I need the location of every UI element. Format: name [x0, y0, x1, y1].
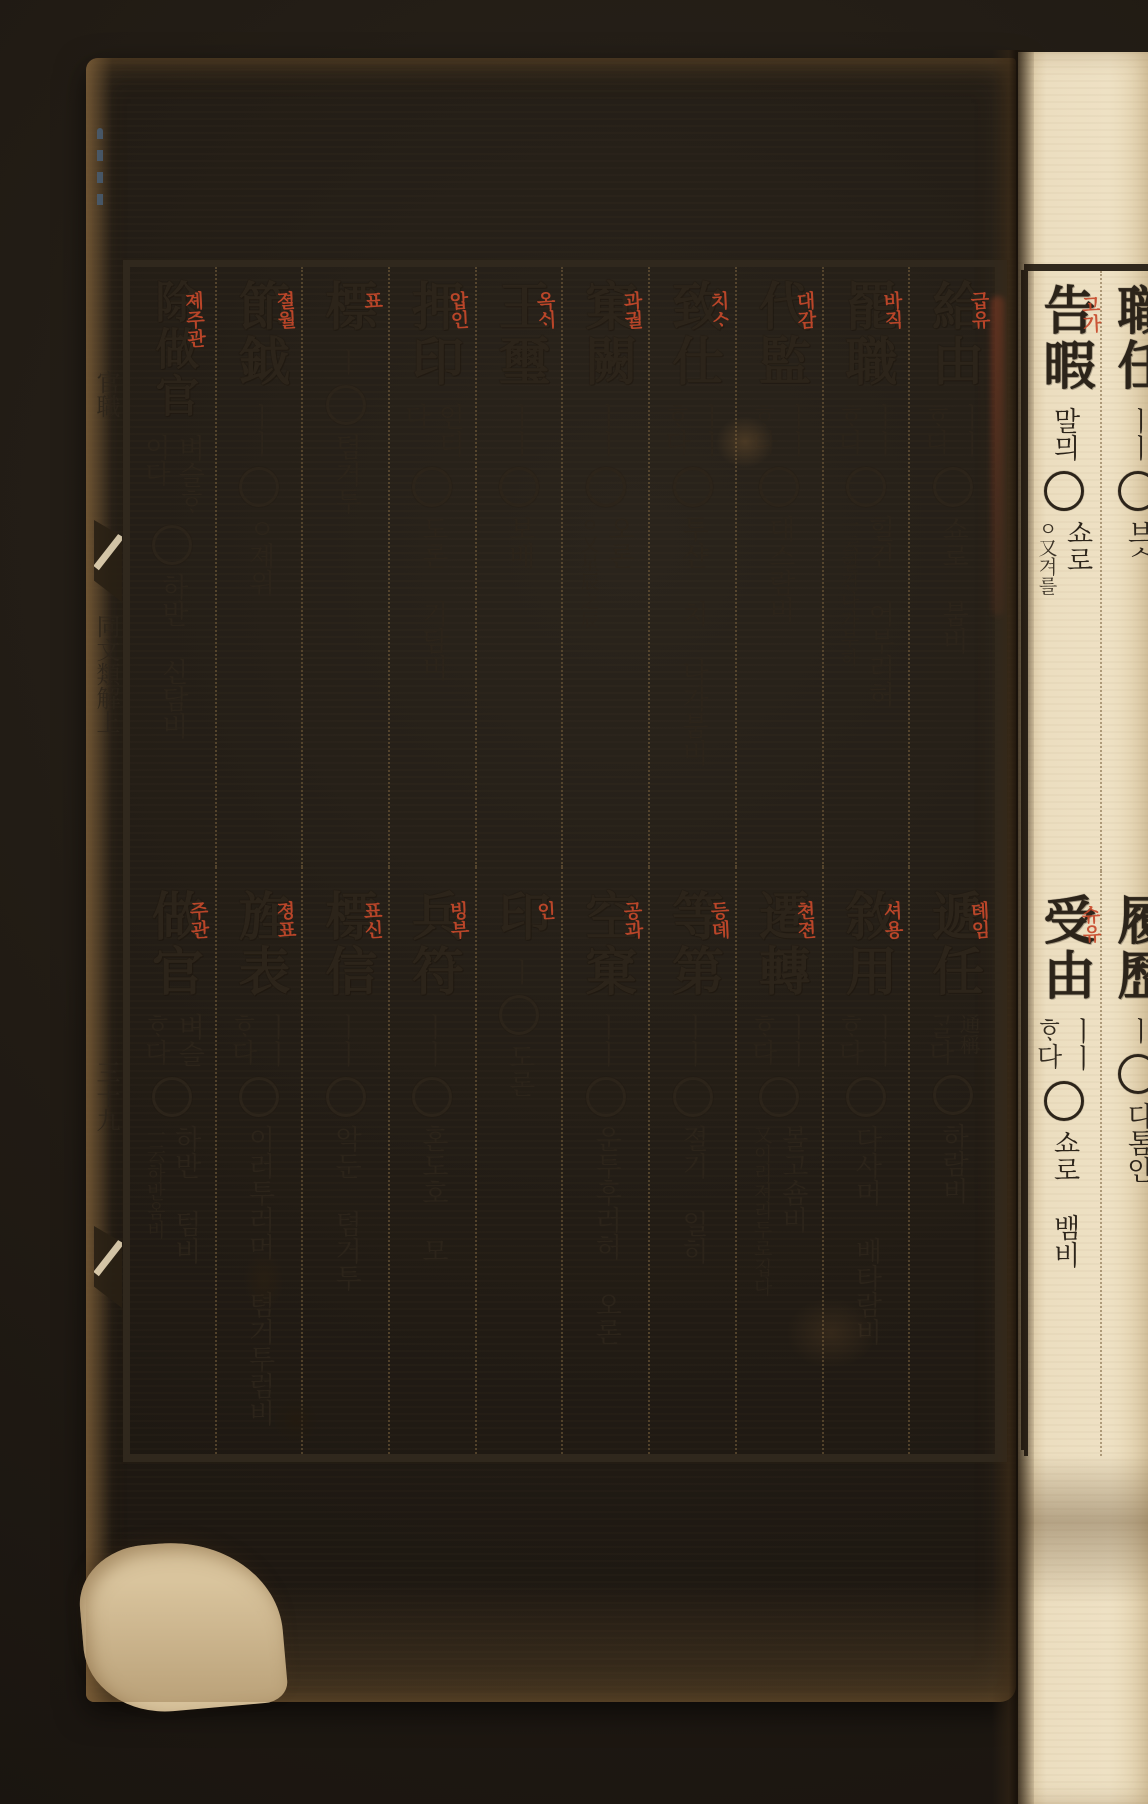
headword: 押印압인: [402, 279, 462, 393]
korean-gloss-side: ᄒᆞ다: [747, 403, 777, 457]
dictionary-entry: 履歷ㅣ다톰얀: [1100, 871, 1148, 1456]
korean-gloss: ㅣㅣ: [504, 403, 535, 457]
manchu-transcription: ㅇ졔위: [244, 515, 275, 596]
korean-gloss-block: ㅣㅣ: [590, 1013, 621, 1067]
korean-gloss: 벼슬ᄒᆞ: [173, 434, 204, 515]
red-reading-annotation: 급유: [967, 290, 990, 329]
headword: 履歷: [1108, 893, 1148, 1007]
korean-gloss-block: ㅣ: [504, 958, 535, 985]
korean-gloss-side: ᄒᆞ다: [747, 1013, 777, 1067]
separator-circle-icon: [1044, 1081, 1084, 1121]
manchu-gloss-block: 볼고숌비又이리져리두로집다: [751, 1125, 808, 1296]
manchu-gloss-block: 투샨 치 나가붐비: [677, 515, 708, 766]
headword: 王璽옥ᄉᆡ: [489, 279, 549, 393]
separator-circle-icon: [759, 1077, 799, 1117]
dictionary-entry: 職任직임ㅣㅣ브ᄉ: [1100, 271, 1148, 871]
manchu-gloss-block: 졀기 일히: [677, 1125, 708, 1264]
separator-circle-icon: [412, 467, 452, 507]
headword-hanzi: 職任: [1108, 283, 1148, 393]
manchu-gloss-block: 쇼로 붐비: [937, 515, 968, 654]
dictionary-entry: 押印압인인티다도론 기담비: [388, 267, 475, 867]
manchu-transcription: 악둔 텸거투: [330, 1125, 361, 1291]
korean-gloss: ㅣㅣ: [780, 1013, 811, 1067]
separator-circle-icon: [1044, 471, 1084, 511]
separator-circle-icon: [1118, 1054, 1148, 1094]
korean-gloss-side: ᄒᆞ다: [661, 403, 691, 457]
headword: 遞任톄임: [923, 889, 983, 1003]
manchu-gloss-block: 쇼로ㅇ又겨를: [1036, 519, 1093, 595]
dictionary-entry: 敘用셔용ㅣㅣᄒᆞ다다사머 배타람비: [822, 867, 909, 1454]
red-reading-annotation: 셔용: [880, 900, 903, 939]
gloss-note: ㅇ又겨를: [1036, 519, 1058, 595]
dictionary-entry: 告暇고가말믜쇼로ㅇ又겨를: [1028, 271, 1100, 871]
korean-gloss-block: 인티다: [400, 403, 464, 457]
dictionary-entry: 標信표신ㅣㅣ악둔 텸거투: [301, 867, 388, 1454]
manchu-transcription: 졀기 일히: [677, 1125, 708, 1264]
red-reading-annotation: 톄임: [967, 900, 990, 939]
korean-gloss-block: ㅣㅣᄒᆞ다: [1032, 1017, 1096, 1071]
korean-gloss: ㅣㅣ: [677, 1013, 708, 1067]
separator-circle-icon: [933, 1075, 973, 1115]
red-reading-annotation: 공과: [620, 900, 643, 939]
korean-gloss-block: ㅣ: [330, 348, 361, 375]
section-label: 官職: [92, 370, 119, 418]
dictionary-entry: 節鉞졀월ㅣㅣㅇ졔위: [215, 267, 302, 867]
red-reading-annotation: 등뎨: [707, 900, 730, 939]
manchu-transcription: 헐건 어부러허: [863, 515, 894, 708]
korean-gloss: 通稱: [957, 1013, 981, 1065]
separator-circle-icon: [326, 385, 366, 425]
korean-gloss-block: ㅣㅣ: [590, 403, 621, 457]
separator-circle-icon: [239, 1077, 279, 1117]
page-fold-shadow: [992, 50, 1034, 1804]
headword: 標信표신: [316, 889, 376, 1003]
red-reading-annotation: 슈유: [1078, 904, 1101, 943]
headword: 節鉞졀월: [229, 279, 289, 393]
manchu-transcription: 쇼로: [1062, 519, 1093, 595]
headword: 除做官졔주관: [146, 279, 198, 424]
red-reading-annotation: 주관: [186, 900, 209, 939]
manchu-transcription: 도론: [504, 1043, 535, 1097]
manchu-transcription: 하람비: [937, 1123, 968, 1204]
separator-circle-icon: [846, 467, 886, 507]
separator-circle-icon: [586, 467, 626, 507]
korean-gloss-block: ㅣㅣᄒᆞ다: [921, 403, 985, 457]
manchu-gloss-block: 혼도호 모: [417, 1125, 448, 1264]
dictionary-entry: 遷轉쳔젼ㅣㅣᄒᆞ다볼고숌비又이리져리두로집다: [735, 867, 822, 1454]
headword: 代監대감: [749, 279, 809, 393]
upper-register: 給由급유ㅣㅣᄒᆞ다쇼로 붐비罷職바직ㅣㅣᄒᆞ다헐건 어부러허一云헐건나가부하代監…: [130, 267, 995, 867]
headword: 遷轉쳔젼: [749, 889, 809, 1003]
korean-gloss: ㅣㅣ: [1123, 407, 1148, 461]
korean-gloss-block: ㅣㅣ: [330, 1013, 361, 1067]
korean-gloss-block: 벼슬ᄒᆞ이다: [140, 434, 204, 515]
separator-circle-icon: [759, 467, 799, 507]
printed-frame: 職任직임ㅣㅣ브ᄉ告暇고가말믜쇼로ㅇ又겨를 履歷ㅣ다톰얀受由슈유ㅣㅣᄒᆞ다쇼로 뱀…: [1024, 264, 1148, 1456]
dictionary-entry: 遞任톄임通稱ᄀᆞᆯ다하람비: [908, 867, 995, 1454]
red-reading-annotation: 과궐: [620, 290, 643, 329]
manchu-gloss-block: 이러투러머 텸거투럼비: [244, 1125, 275, 1426]
red-reading-annotation: 표: [360, 290, 382, 310]
separator-circle-icon: [239, 467, 279, 507]
separator-circle-icon: [586, 1077, 626, 1117]
dictionary-entry: 空窠공과ㅣㅣ운투후러허 오론: [561, 867, 648, 1454]
korean-gloss-side: ᄒᆞ다: [834, 403, 864, 457]
korean-gloss-block: ㅣㅣᄒᆞ다: [747, 403, 811, 457]
korean-gloss: 벼슬: [173, 1013, 204, 1067]
separator-circle-icon: [326, 1077, 366, 1117]
manchu-gloss-block: 하람비: [937, 1123, 968, 1204]
headword: 告暇고가: [1034, 283, 1094, 397]
korean-gloss: ㅣㅣ: [244, 403, 275, 457]
manchu-gloss-block: 오론ㅇ又星辰之辰: [577, 515, 634, 629]
manchu-gloss-block: 보배: [504, 515, 535, 569]
manchu-gloss-block: 하반 신담비: [157, 573, 188, 739]
red-reading-annotation: 쳔젼: [793, 900, 816, 939]
manchu-gloss-block: 대스람비: [764, 515, 795, 623]
page-number: 三十九: [92, 1060, 119, 1132]
separator-circle-icon: [412, 1077, 452, 1117]
separator-circle-icon: [152, 1077, 192, 1117]
korean-gloss-side: ᄀᆞᆯ다: [924, 1013, 954, 1065]
korean-gloss-block: ㅣㅣ: [677, 1013, 708, 1067]
headword: 罷職바직: [836, 279, 896, 393]
manchu-gloss-block: 하반 텀비一云하반옴비: [144, 1125, 201, 1264]
korean-gloss: ㅣㅣ: [954, 403, 985, 457]
separator-circle-icon: [846, 1077, 886, 1117]
red-reading-annotation: 압인: [446, 290, 469, 329]
dictionary-entry: 窠闕과궐ㅣㅣ오론ㅇ又星辰之辰: [561, 267, 648, 867]
manchu-gloss-block: 도론: [504, 1043, 535, 1097]
fishtail-ornament-icon: [94, 1226, 122, 1308]
korean-gloss: ㅣㅣ: [694, 403, 725, 457]
photograph-of-open-book: 官職 同文類解上 三十九 給由급유ㅣㅣᄒᆞ다쇼로 붐비罷職바직ㅣㅣᄒᆞ다헐건 어…: [0, 0, 1148, 1804]
dictionary-entry: 標표ㅣ텸거투: [301, 267, 388, 867]
korean-gloss: 말믜: [1049, 407, 1080, 461]
korean-gloss-side: ᄒᆞ다: [1032, 1017, 1062, 1071]
manchu-transcription: 도론 기담비: [417, 515, 448, 681]
red-reading-annotation: 옥ᄉᆡ: [533, 290, 556, 329]
separator-circle-icon: [499, 995, 539, 1035]
dictionary-entry: 除做官졔주관벼슬ᄒᆞ이다하반 신담비: [130, 267, 215, 867]
korean-gloss-side: ᄒᆞ다: [140, 1013, 170, 1067]
red-reading-annotation: 바직: [880, 290, 903, 329]
korean-gloss-side: ᄒᆞ다: [227, 1013, 257, 1067]
korean-gloss: ㅣㅣ: [590, 403, 621, 457]
red-reading-annotation: 졀월: [273, 290, 296, 329]
dictionary-entry: 代監대감ㅣㅣᄒᆞ다대스람비: [735, 267, 822, 867]
manchu-transcription: 다사머 배타람비: [850, 1125, 881, 1345]
gloss-note: 一云헐건나가부하: [837, 515, 859, 708]
manchu-transcription: 하반 신담비: [157, 573, 188, 739]
book-page: 官職 同文類解上 三十九 給由급유ㅣㅣᄒᆞ다쇼로 붐비罷職바직ㅣㅣᄒᆞ다헐건 어…: [86, 58, 1016, 1702]
lower-register: 履歷ㅣ다톰얀受由슈유ㅣㅣᄒᆞ다쇼로 뱀비: [1028, 871, 1148, 1456]
korean-gloss: ㅣㅣ: [330, 1013, 361, 1067]
headword: 受由슈유: [1034, 893, 1094, 1007]
spine-margin: 官職 同文類解上 三十九: [88, 58, 122, 1702]
red-reading-annotation: 고가: [1078, 294, 1101, 333]
fishtail-ornament-icon: [94, 520, 122, 602]
red-reading-annotation: 대감: [793, 290, 816, 329]
lower-register: 遞任톄임通稱ᄀᆞᆯ다하람비敘用셔용ㅣㅣᄒᆞ다다사머 배타람비遷轉쳔젼ㅣㅣᄒᆞ다볼…: [130, 867, 995, 1454]
korean-gloss: ㅣㅣ: [590, 1013, 621, 1067]
gloss-note: ㅇ又星辰之辰: [577, 515, 599, 629]
korean-gloss-block: ㅣㅣᄒᆞ다: [747, 1013, 811, 1067]
gloss-note: 又이리져리두로집다: [751, 1125, 773, 1296]
korean-gloss-block: ㅣㅣ: [504, 403, 535, 457]
headword: 窠闕과궐: [576, 279, 636, 393]
korean-gloss-block: ㅣㅣᄒᆞ다: [834, 403, 898, 457]
manchu-transcription: 쇼로 붐비: [937, 515, 968, 654]
dictionary-entry: 印인ㅣ도론: [475, 867, 562, 1454]
dictionary-entry: 罷職바직ㅣㅣᄒᆞ다헐건 어부러허一云헐건나가부하: [822, 267, 909, 867]
separator-circle-icon: [499, 467, 539, 507]
korean-gloss-block: 通稱ᄀᆞᆯ다: [924, 1013, 981, 1065]
headword: 敘用셔용: [836, 889, 896, 1003]
korean-gloss: ㅣㅣ: [1065, 1017, 1096, 1071]
korean-gloss-block: ㅣㅣᄒᆞ다: [661, 403, 725, 457]
edge-mark: [97, 128, 103, 216]
manchu-transcription: 보배: [504, 515, 535, 569]
dictionary-entry: 等第등뎨ㅣㅣ졀기 일히: [648, 867, 735, 1454]
manchu-gloss-block: 운투후러허 오론: [590, 1125, 621, 1345]
headword: 空窠공과: [576, 889, 636, 1003]
korean-gloss-block: ㅣㅣ: [1123, 407, 1148, 461]
separator-circle-icon: [1118, 471, 1148, 511]
korean-gloss-side: 다: [400, 403, 430, 457]
dictionary-entry: 旌表졍표ㅣㅣᄒᆞ다이러투러머 텸거투럼비: [215, 867, 302, 1454]
korean-gloss-side: ᄒᆞ다: [834, 1013, 864, 1067]
upper-register: 職任직임ㅣㅣ브ᄉ告暇고가말믜쇼로ㅇ又겨를: [1028, 271, 1148, 871]
headword: 致仕치ᄉᆞ: [663, 279, 723, 393]
headword: 等第등뎨: [663, 889, 723, 1003]
gloss-note: 一云하반옴비: [144, 1125, 166, 1264]
manchu-transcription: 대스람비: [764, 515, 795, 623]
manchu-transcription: 브ᄉ: [1123, 519, 1148, 573]
manchu-gloss-block: 다톰얀: [1123, 1102, 1148, 1183]
red-reading-annotation: 치ᄉᆞ: [707, 290, 730, 329]
manchu-gloss-block: 도론 기담비: [417, 515, 448, 681]
korean-gloss: ㅣㅣ: [260, 1013, 291, 1067]
korean-gloss-block: ㅣㅣ: [417, 1013, 448, 1067]
manchu-gloss-block: ㅇ졔위: [244, 515, 275, 596]
separator-circle-icon: [673, 467, 713, 507]
manchu-gloss-block: 쇼로 뱀비: [1049, 1129, 1080, 1268]
manchu-gloss-block: 다사머 배타람비: [850, 1125, 881, 1345]
manchu-gloss-block: 브ᄉ: [1123, 519, 1148, 573]
korean-gloss-block: ㅣ: [1123, 1017, 1148, 1044]
separator-circle-icon: [933, 467, 973, 507]
manchu-transcription: 혼도호 모: [417, 1125, 448, 1264]
korean-gloss-side: ᄒᆞ다: [921, 403, 951, 457]
manchu-transcription: 볼고숌비: [777, 1125, 808, 1296]
headword-hanzi: 履歷: [1108, 893, 1148, 1003]
korean-gloss-side: 이다: [140, 434, 170, 515]
dictionary-entry: 兵符빙부ㅣㅣ혼도호 모: [388, 867, 475, 1454]
red-reading-annotation: 졔주관: [182, 290, 206, 348]
red-reading-annotation: 졍표: [273, 900, 296, 939]
worn-corner: [75, 1534, 289, 1719]
korean-gloss: ㅣㅣ: [417, 1013, 448, 1067]
manchu-transcription: 텸거투: [330, 433, 361, 514]
headword: 旌表졍표: [229, 889, 289, 1003]
headword: 職任직임: [1108, 283, 1148, 397]
korean-gloss: ㅣ: [1123, 1017, 1148, 1044]
headword: 標표: [316, 279, 376, 338]
manchu-transcription: 운투후러허 오론: [590, 1125, 621, 1345]
korean-gloss-block: ㅣㅣ: [244, 403, 275, 457]
korean-gloss-block: ㅣㅣᄒᆞ다: [227, 1013, 291, 1067]
manchu-transcription: 투샨 치 나가붐비: [677, 515, 708, 766]
next-page-edge: 職任직임ㅣㅣ브ᄉ告暇고가말믜쇼로ㅇ又겨를 履歷ㅣ다톰얀受由슈유ㅣㅣᄒᆞ다쇼로 뱀…: [1018, 52, 1148, 1804]
red-reading-annotation: 인: [534, 900, 556, 920]
separator-circle-icon: [152, 525, 192, 565]
headword: 做官주관: [142, 889, 202, 1003]
dictionary-entry: 致仕치ᄉᆞㅣㅣᄒᆞ다투샨 치 나가붐비: [648, 267, 735, 867]
korean-gloss: ㅣ: [504, 958, 535, 985]
headword: 印인: [489, 889, 549, 948]
korean-gloss: ㅣㅣ: [780, 403, 811, 457]
book-title: 同文類解上: [92, 614, 119, 734]
korean-gloss: ㅣ: [330, 348, 361, 375]
korean-gloss-block: 말믜: [1049, 407, 1080, 461]
korean-gloss: ㅣㅣ: [867, 403, 898, 457]
korean-gloss: ㅣㅣ: [867, 1013, 898, 1067]
manchu-transcription: 이러투러머 텸거투럼비: [244, 1125, 275, 1426]
headword: 給由급유: [923, 279, 983, 393]
printed-frame: 給由급유ㅣㅣᄒᆞ다쇼로 붐비罷職바직ㅣㅣᄒᆞ다헐건 어부러허一云헐건나가부하代監…: [123, 260, 1007, 1462]
manchu-transcription: 다톰얀: [1123, 1102, 1148, 1183]
manchu-transcription: 하반 텀비: [170, 1125, 201, 1264]
dictionary-entry: 王璽옥ᄉᆡㅣㅣ보배: [475, 267, 562, 867]
red-reading-annotation: 빙부: [446, 900, 469, 939]
manchu-gloss-block: 헐건 어부러허一云헐건나가부하: [837, 515, 894, 708]
manchu-transcription: 오론: [603, 515, 634, 629]
dictionary-entry: 給由급유ㅣㅣᄒᆞ다쇼로 붐비: [908, 267, 995, 867]
korean-gloss: 인티: [433, 403, 464, 457]
red-reading-annotation: 표신: [360, 900, 383, 939]
korean-gloss-block: 벼슬ᄒᆞ다: [140, 1013, 204, 1067]
headword: 兵符빙부: [402, 889, 462, 1003]
manchu-transcription: 쇼로 뱀비: [1049, 1129, 1080, 1268]
separator-circle-icon: [673, 1077, 713, 1117]
dictionary-entry: 做官주관벼슬ᄒᆞ다하반 텀비一云하반옴비: [130, 867, 215, 1454]
dictionary-entry: 受由슈유ㅣㅣᄒᆞ다쇼로 뱀비: [1028, 871, 1100, 1456]
manchu-gloss-block: 악둔 텸거투: [330, 1125, 361, 1291]
manchu-gloss-block: 텸거투: [330, 433, 361, 514]
korean-gloss-block: ㅣㅣᄒᆞ다: [834, 1013, 898, 1067]
